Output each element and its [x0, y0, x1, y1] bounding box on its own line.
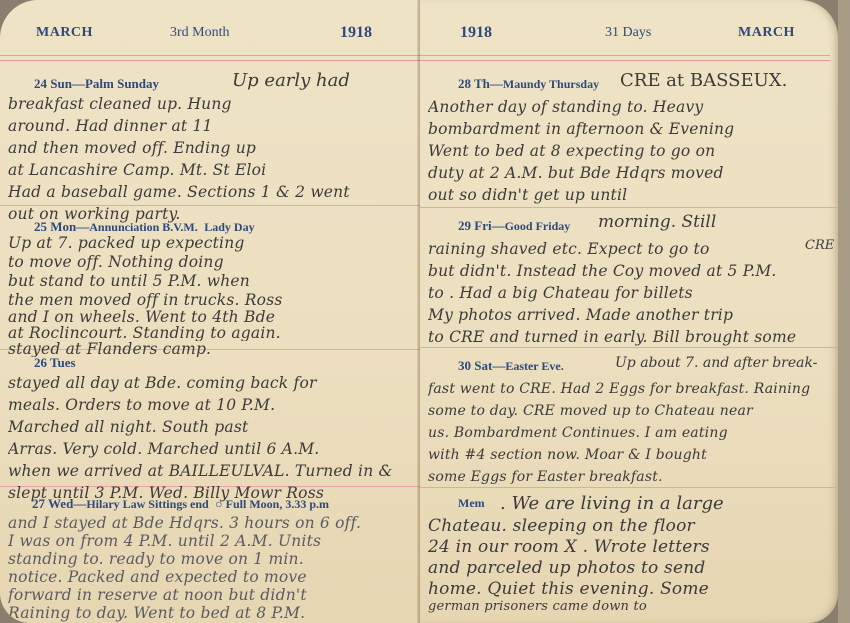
header-rule	[0, 55, 420, 61]
day-date: 29	[458, 218, 471, 233]
day-heading-30: 30 Sat—Easter Eve.	[458, 358, 564, 374]
day-occasion: Good Friday	[505, 219, 571, 233]
entry-line: bombardment in afternoon & Evening	[428, 118, 832, 140]
diary-spread: MARCH 3rd Month 1918 24 Sun—Palm Sunday …	[0, 0, 850, 623]
day-heading-28: 28 Th—Maundy Thursday	[458, 76, 599, 92]
entry-line: us. Bombardment Continues. I am eating	[428, 422, 832, 444]
day-occasion: Annunciation B.V.M.	[89, 220, 197, 234]
entry-line: but didn't. Instead the Coy moved at 5 P…	[428, 260, 832, 282]
left-page: MARCH 3rd Month 1918 24 Sun—Palm Sunday …	[0, 0, 420, 623]
day-heading-25: 25 Mon—Annunciation B.V.M. Lady Day	[34, 219, 255, 235]
entry-line: around. Had dinner at 11	[8, 115, 414, 137]
day-weekday: Th	[474, 76, 490, 91]
entry-line: to . Had a big Chateau for billets	[428, 282, 832, 304]
entry-line: 24 in our room X . Wrote letters	[428, 537, 832, 558]
year-heading: 1918	[340, 24, 372, 42]
entry-29: raining shaved etc. Expect to go to but …	[428, 238, 832, 348]
entry-line: with #4 section now. Moar & I bought	[428, 444, 832, 466]
month-number: 3rd Month	[170, 25, 230, 41]
day-weekday: Mon	[50, 219, 76, 234]
entry-line: Went to bed at 8 expecting to go on	[428, 140, 832, 162]
day-occasion: Hilary Law Sittings end	[86, 497, 208, 511]
entry-line: and parceled up photos to send	[428, 558, 832, 579]
entry-line: Arras. Very cold. Marched until 6 A.M.	[8, 438, 414, 460]
entry-line: I was on from 4 P.M. until 2 A.M. Units	[8, 532, 414, 550]
day-date: 28	[458, 76, 471, 91]
entry-line: My photos arrived. Made another trip	[428, 304, 832, 326]
entry-line: out so didn't get up until	[428, 184, 832, 206]
day-occasion: Easter Eve.	[505, 359, 563, 373]
day-weekday: Tues	[50, 355, 76, 370]
entry-line: german prisoners came down to	[428, 597, 832, 613]
day-weekday: Wed	[48, 496, 73, 511]
entry-line: to move off. Nothing doing	[8, 254, 414, 273]
entry-line: and then moved off. Ending up	[8, 137, 414, 159]
day-weekday: Fri	[474, 218, 491, 233]
moon-phase-note: Full Moon, 3.33 p.m	[226, 497, 329, 511]
day-occasion-secondary: Lady Day	[204, 220, 254, 234]
entry-line: at Lancashire Camp. Mt. St Eloi	[8, 159, 414, 181]
entry-line: Chateau. sleeping on the floor	[428, 516, 832, 537]
day-heading-24: 24 Sun—Palm Sunday	[34, 76, 159, 92]
day-date: 26	[34, 355, 47, 370]
entry-line: Up at 7. packed up expecting	[8, 235, 414, 254]
days-count: 31 Days	[605, 25, 651, 41]
full-moon-icon: ○	[215, 497, 222, 511]
entry-inline-text: . We are living in a large	[500, 493, 724, 514]
month-heading: MARCH	[36, 25, 93, 41]
entry-line: Another day of standing to. Heavy	[428, 96, 832, 118]
entry-line: Had a baseball game. Sections 1 & 2 went	[8, 181, 414, 203]
entry-line: Marched all night. South past	[8, 416, 414, 438]
entry-line: breakfast cleaned up. Hung	[8, 93, 414, 115]
entry-line: Raining to day. Went to bed at 8 P.M.	[8, 604, 414, 622]
entry-inline-text: Up early had	[232, 70, 350, 91]
entry-line: standing to. ready to move on 1 min.	[8, 550, 414, 568]
entry-line: duty at 2 A.M. but Bde Hdqrs moved	[428, 162, 832, 184]
entry-inline-text: Up about 7. and after break-	[615, 355, 817, 371]
day-separator	[420, 207, 838, 208]
day-heading-27: 27 Wed—Hilary Law Sittings end ○ Full Mo…	[32, 496, 329, 512]
entry-line: and I on wheels. Went to 4th Bde	[8, 309, 414, 325]
entry-27: and I stayed at Bde Hdqrs. 3 hours on 6 …	[8, 514, 414, 622]
entry-line: at Roclincourt. Standing to again.	[8, 325, 414, 341]
month-heading: MARCH	[738, 25, 795, 41]
day-date: 24	[34, 76, 47, 91]
day-heading-29: 29 Fri—Good Friday	[458, 218, 570, 234]
day-occasion: Maundy Thursday	[503, 77, 599, 91]
entry-inline-text: morning. Still	[598, 212, 716, 232]
entry-line: raining shaved etc. Expect to go to	[428, 238, 832, 260]
day-heading-26: 26 Tues	[34, 355, 76, 371]
right-page: 1918 31 Days MARCH 28 Th—Maundy Thursday…	[420, 0, 838, 623]
entry-28: Another day of standing to. Heavy bombar…	[428, 96, 832, 206]
entry-line: when we arrived at BAILLEULVAL. Turned i…	[8, 460, 414, 482]
memo-label: Mem	[458, 496, 485, 510]
day-occasion: Palm Sunday	[85, 76, 159, 91]
page-edge	[838, 0, 850, 623]
year-heading: 1918	[460, 24, 492, 42]
entry-25: Up at 7. packed up expecting to move off…	[8, 235, 414, 357]
entry-line: forward in reserve at noon but didn't	[8, 586, 414, 604]
entry-26: stayed all day at Bde. coming back for m…	[8, 372, 414, 504]
entry-line: to CRE and turned in early. Bill brought…	[428, 326, 832, 348]
entry-line: fast went to CRE. Had 2 Eggs for breakfa…	[428, 378, 832, 400]
day-weekday: Sun	[50, 76, 72, 91]
entry-line: some to day. CRE moved up to Chateau nea…	[428, 400, 832, 422]
day-date: 30	[458, 358, 471, 373]
entry-line: stayed all day at Bde. coming back for	[8, 372, 414, 394]
entry-24: breakfast cleaned up. Hung around. Had d…	[8, 93, 414, 225]
entry-line: meals. Orders to move at 10 P.M.	[8, 394, 414, 416]
entry-line: notice. Packed and expected to move	[8, 568, 414, 586]
memo-heading: Mem	[458, 495, 485, 511]
entry-line: and I stayed at Bde Hdqrs. 3 hours on 6 …	[8, 514, 414, 532]
entry-line: the men moved off in trucks. Ross	[8, 292, 414, 309]
day-date: 25	[34, 219, 47, 234]
day-date: 27	[32, 496, 45, 511]
memo-entry: Chateau. sleeping on the floor 24 in our…	[428, 516, 832, 613]
entry-inline-text: CRE at BASSEUX.	[620, 70, 787, 91]
entry-line: home. Quiet this evening. Some	[428, 579, 832, 597]
entry-30: fast went to CRE. Had 2 Eggs for breakfa…	[428, 378, 832, 488]
header-rule	[420, 55, 830, 61]
entry-line: but stand to until 5 P.M. when	[8, 273, 414, 292]
entry-line: some Eggs for Easter breakfast.	[428, 466, 832, 488]
day-weekday: Sat	[474, 358, 492, 373]
